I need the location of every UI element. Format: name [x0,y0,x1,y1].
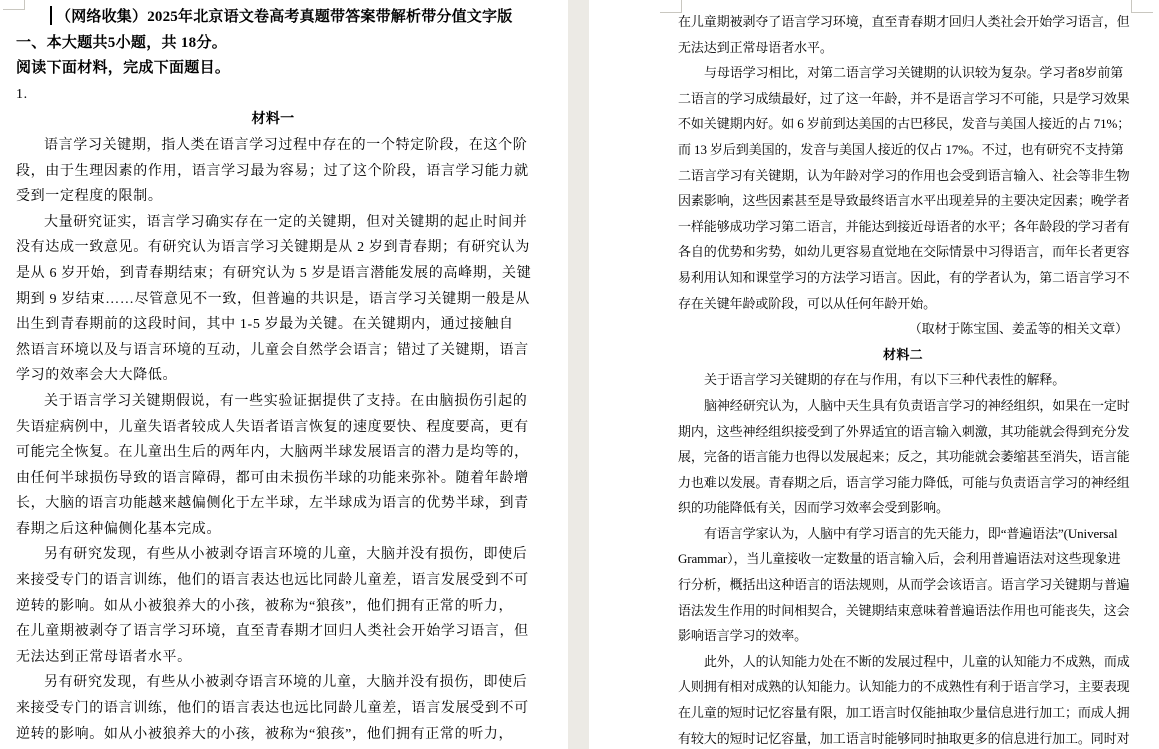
text-line: 语言学习关键期，指人类在语言学习过程中存在的一个特定阶段，在这个阶 [16,133,530,159]
text-line: 没有达成一致意见。有研究认为语言学习关键期是从 2 岁到青春期；有研究认为 [16,235,530,261]
text-line: 各自的优势和劣势，如幼儿更容易直觉地在交际情景中习得语言，而年长者更容 [678,239,1128,265]
text-line: 而 13 岁后到美国的，发音与美国人接近的仅占 17%。不过，也有研究不支持第 [678,137,1128,163]
text-line: （网络收集）2025年北京语文卷高考真题带答案带解析带分值文字版 [16,5,530,31]
text-line: 大量研究证实，语言学习确实存在一定的关键期，但对关键期的起止时间并 [16,210,530,236]
text-line: 行分析，概括出这种语言的语法规则，从而学会该语言。语言学习关键期与普遍 [678,572,1128,598]
text-boundary-mark-page2-top-right [1131,0,1153,13]
text-line: 由任何半球损伤导致的语言障碍，都可由未损伤半球的功能来弥补。随着年龄增 [16,466,530,492]
text-line: 易利用认知和课堂学习的方法学习语言。因此，有的学者认为，第二语言学习不 [678,265,1128,291]
text-line: 阅读下面材料，完成下面题目。 [16,56,530,82]
text-line: 期到 9 岁结束……尽管意见不一致，但普遍的共识是，语言学习关键期一般是从 [16,287,530,313]
text-line: 无法达到正常母语者水平。 [678,35,1128,61]
text-line: 与母语学习相比，对第二语言学习关键期的认识较为复杂。学习者8岁前第 [678,60,1128,86]
text-line: 另有研究发现，有些从小被剥夺语言环境的儿童，大脑并没有损伤，即使后 [16,670,530,696]
text-line: 长，大脑的语言功能越来越偏侧化于左半球，左半球成为语言的优势半球，到青 [16,491,530,517]
text-line: 学习的效率会大大降低。 [16,363,530,389]
text-line: 来接受专门的语言训练，他们的语言表达也远比同龄儿童差，语言发展受到不可 [16,568,530,594]
text-line: 可能完全恢复。在儿童出生后的两年内，大脑两半球发展语言的潜力是均等的， [16,440,530,466]
text-line: （取材于陈宝国、姜孟等的相关文章） [678,316,1128,342]
text-line: 有较大的短时记忆容量，加工语言时能够同时抽取更多的信息进行加工。同时对 [678,726,1128,749]
text-line: 因素影响，这些因素甚至是导致最终语言水平出现差异的主要决定因素；晚学者 [678,188,1128,214]
text-line: 另有研究发现，有些从小被剥夺语言环境的儿童，大脑并没有损伤，即使后 [16,542,530,568]
text-line: 二语言学习有关键期，认为年龄对学习的作用也会受到语言输入、社会等非生物 [678,163,1128,189]
text-line: 在儿童的短时记忆容量有限，加工语言时仅能抽取少量信息进行加工；而成人拥 [678,700,1128,726]
text-cursor [50,6,52,25]
text-line: 材料一 [16,107,530,133]
text-line: 脑神经研究认为，人脑中天生具有负责语言学习的神经组织，如果在一定时 [678,393,1128,419]
text-line: 一、本大题共5小题，共 18分。 [16,31,530,57]
text-line: 力也难以发展。青春期之后，语言学习能力降低，可能与负责语言学习的神经组 [678,470,1128,496]
text-line: 关于语言学习关键期假说，有一些实验证据提供了支持。在由脑损伤引起的 [16,389,530,415]
text-line: 无法达到正常母语者水平。 [16,645,530,671]
text-line: 二语言的学习成绩最好，过了这一年龄，并不是语言学习不可能，只是学习效果 [678,86,1128,112]
document-view: （网络收集）2025年北京语文卷高考真题带答案带解析带分值文字版一、本大题共5小… [0,0,1159,749]
text-line: 材料二 [678,342,1128,368]
text-line: 逆转的影响。如从小被狼养大的小孩，被称为“狼孩”，他们拥有正常的听力， [16,722,530,748]
text-line: 此外，人的认知能力处在不断的发展过程中，儿童的认知能力不成熟，而成 [678,649,1128,675]
text-line: 一样能够成功学习第二语言，并能达到接近母语者的水平；各年龄段的学习者有 [678,214,1128,240]
page1-text-column[interactable]: （网络收集）2025年北京语文卷高考真题带答案带解析带分值文字版一、本大题共5小… [16,5,530,747]
text-line: 来接受专门的语言训练，他们的语言表达也远比同龄儿童差，语言发展受到不可 [16,696,530,722]
text-line: 存在关键年龄或阶段，可以从任何年龄开始。 [678,291,1128,317]
text-line: 1. [16,82,530,108]
text-line: 段，由于生理因素的作用，语言学习最为容易；过了这个阶段，语言学习能力就 [16,159,530,185]
text-line: 织的功能降低有关，因而学习效率会受到影响。 [678,495,1128,521]
text-line: 有语言学家认为，人脑中有学习语言的先天能力，即“普遍语法”(Universal [678,521,1128,547]
text-line: 逆转的影响。如从小被狼养大的小孩，被称为“狼孩”，他们拥有正常的听力， [16,594,530,620]
text-line: 语法发生作用的时间相契合，关键期结束意味着普遍语法作用也可能丧失，这会 [678,598,1128,624]
text-line: 然语言环境以及与语言环境的互动，儿童会自然学会语言；错过了关键期，语言 [16,338,530,364]
text-line: 期内，这些神经组织接受到了外界适宜的语言输入刺激，其功能就会得到充分发 [678,419,1128,445]
text-line: 关于语言学习关键期的存在与作用，有以下三种代表性的解释。 [678,367,1128,393]
text-line: 展，完备的语言能力也得以发展起来；反之，其功能就会萎缩甚至消失，语言能 [678,444,1128,470]
text-line: Grammar），当儿童接收一定数量的语言输入后，会利用普遍语法对这些现象进 [678,546,1128,572]
page2-text-column[interactable]: 在儿童期被剥夺了语言学习环境，直至青春期才回归人类社会开始学习语言，但无法达到正… [678,9,1128,749]
text-line: 失语症病例中，儿童失语者较成人失语者语言恢复的速度要快、程度要高，更有 [16,415,530,441]
text-line: 是从 6 岁开始，到青春期结束；有研究认为 5 岁是语言潜能发展的高峰期，关键 [16,261,530,287]
text-line: 在儿童期被剥夺了语言学习环境，直至青春期才回归人类社会开始学习语言，但 [16,619,530,645]
text-line: 受到一定程度的限制。 [16,184,530,210]
text-line: 在儿童期被剥夺了语言学习环境，直至青春期才回归人类社会开始学习语言，但 [678,9,1128,35]
page-gap [568,0,589,749]
text-line: 人则拥有相对成熟的认知能力。认知能力的不成熟性有利于语言学习，主要表现 [678,674,1128,700]
text-line: 影响语言学习的效率。 [678,623,1128,649]
text-line: 不如关键期内好。如 6 岁前到达美国的古巴移民，发音与美国人接近的占 71%； [678,111,1128,137]
text-line: 春期之后这种偏侧化基本完成。 [16,517,530,543]
text-line: 出生到青春期前的这段时间，其中 1-5 岁最为关键。在关键期内，通过接触自 [16,312,530,338]
